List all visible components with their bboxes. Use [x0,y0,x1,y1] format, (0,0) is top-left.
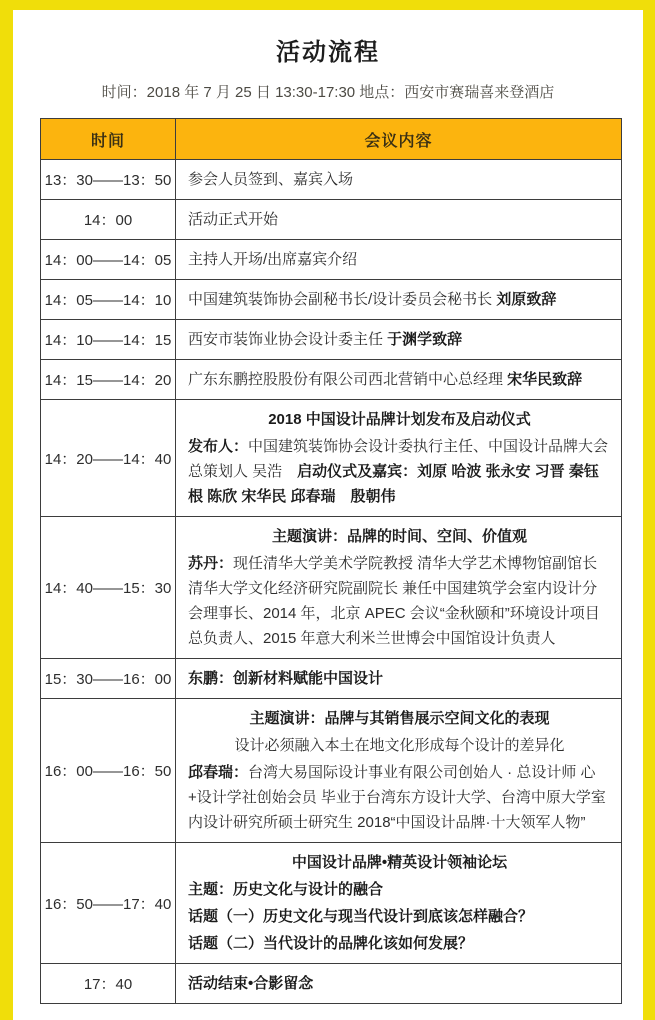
content-line: 2018 中国设计品牌计划发布及启动仪式 [188,407,611,432]
content-line: 西安市装饰业协会设计委主任 于渊学致辞 [188,327,611,352]
content-cell: 主题演讲：品牌与其销售展示空间文化的表现设计必须融入本土在地文化形成每个设计的差… [176,699,622,843]
event-datetime-location: 时间：2018 年 7 月 25 日 13:30-17:30 地点：西安市赛瑞喜… [13,81,643,102]
content-cell: 主题演讲：品牌的时间、空间、价值观苏丹：现任清华大学美术学院教授 清华大学艺术博… [176,517,622,659]
content-cell: 2018 中国设计品牌计划发布及启动仪式发布人：中国建筑装饰协会设计委执行主任、… [176,400,622,517]
page-title: 活动流程 [13,32,643,67]
content-cell: 活动结束•合影留念 [176,964,622,1004]
content-line: 东鹏：创新材料赋能中国设计 [188,666,611,691]
table-row: 16：00——16：50主题演讲：品牌与其销售展示空间文化的表现设计必须融入本土… [41,699,622,843]
content-cell: 活动正式开始 [176,200,622,240]
content-cell: 广东东鹏控股股份有限公司西北营销中心总经理 宋华民致辞 [176,360,622,400]
content-line: 参会人员签到、嘉宾入场 [188,167,611,192]
table-row: 14：20——14：402018 中国设计品牌计划发布及启动仪式发布人：中国建筑… [41,400,622,517]
time-cell: 14：00——14：05 [41,240,176,280]
time-cell: 14：05——14：10 [41,280,176,320]
document-sheet: 活动流程 时间：2018 年 7 月 25 日 13:30-17:30 地点：西… [13,10,643,1020]
schedule-table: 时间 会议内容 13：30——13：50参会人员签到、嘉宾入场14：00活动正式… [40,118,622,1004]
content-line: 活动正式开始 [188,207,611,232]
content-line: 广东东鹏控股股份有限公司西北营销中心总经理 宋华民致辞 [188,367,611,392]
time-cell: 16：50——17：40 [41,843,176,964]
table-row: 16：50——17：40中国设计品牌•精英设计领袖论坛主题：历史文化与设计的融合… [41,843,622,964]
content-line: 话题（一）历史文化与现当代设计到底该怎样融合？ [188,904,611,929]
content-line: 邱春瑞：台湾大易国际设计事业有限公司创始人 · 总设计师 心+设计学社创始会员 … [188,760,611,835]
col-header-time: 时间 [41,119,176,160]
content-line: 发布人：中国建筑装饰协会设计委执行主任、中国设计品牌大会总策划人 吴浩 启动仪式… [188,434,611,509]
content-line: 设计必须融入本土在地文化形成每个设计的差异化 [188,733,611,758]
content-line: 话题（二）当代设计的品牌化该如何发展？ [188,931,611,956]
table-row: 14：10——14：15西安市装饰业协会设计委主任 于渊学致辞 [41,320,622,360]
content-cell: 西安市装饰业协会设计委主任 于渊学致辞 [176,320,622,360]
table-row: 13：30——13：50参会人员签到、嘉宾入场 [41,160,622,200]
table-row: 14：00活动正式开始 [41,200,622,240]
time-cell: 14：20——14：40 [41,400,176,517]
content-cell: 主持人开场/出席嘉宾介绍 [176,240,622,280]
content-cell: 中国设计品牌•精英设计领袖论坛主题：历史文化与设计的融合话题（一）历史文化与现当… [176,843,622,964]
table-row: 14：40——15：30主题演讲：品牌的时间、空间、价值观苏丹：现任清华大学美术… [41,517,622,659]
table-row: 17：40活动结束•合影留念 [41,964,622,1004]
time-cell: 14：10——14：15 [41,320,176,360]
table-row: 14：15——14：20广东东鹏控股股份有限公司西北营销中心总经理 宋华民致辞 [41,360,622,400]
content-line: 主持人开场/出席嘉宾介绍 [188,247,611,272]
content-line: 主题：历史文化与设计的融合 [188,877,611,902]
col-header-content: 会议内容 [176,119,622,160]
table-row: 14：00——14：05主持人开场/出席嘉宾介绍 [41,240,622,280]
content-line: 主题演讲：品牌与其销售展示空间文化的表现 [188,706,611,731]
content-line: 主题演讲：品牌的时间、空间、价值观 [188,524,611,549]
content-line: 活动结束•合影留念 [188,971,611,996]
time-cell: 16：00——16：50 [41,699,176,843]
table-row: 15：30——16：00东鹏：创新材料赋能中国设计 [41,659,622,699]
content-cell: 中国建筑装饰协会副秘书长/设计委员会秘书长 刘原致辞 [176,280,622,320]
yellow-frame: 活动流程 时间：2018 年 7 月 25 日 13:30-17:30 地点：西… [0,0,655,1010]
time-cell: 14：40——15：30 [41,517,176,659]
time-cell: 14：15——14：20 [41,360,176,400]
table-row: 14：05——14：10中国建筑装饰协会副秘书长/设计委员会秘书长 刘原致辞 [41,280,622,320]
content-line: 苏丹：现任清华大学美术学院教授 清华大学艺术博物馆副馆长 清华大学文化经济研究院… [188,551,611,651]
content-cell: 东鹏：创新材料赋能中国设计 [176,659,622,699]
content-line: 中国建筑装饰协会副秘书长/设计委员会秘书长 刘原致辞 [188,287,611,312]
time-cell: 14：00 [41,200,176,240]
table-header-row: 时间 会议内容 [41,119,622,160]
time-cell: 15：30——16：00 [41,659,176,699]
time-cell: 17：40 [41,964,176,1004]
content-cell: 参会人员签到、嘉宾入场 [176,160,622,200]
content-line: 中国设计品牌•精英设计领袖论坛 [188,850,611,875]
time-cell: 13：30——13：50 [41,160,176,200]
